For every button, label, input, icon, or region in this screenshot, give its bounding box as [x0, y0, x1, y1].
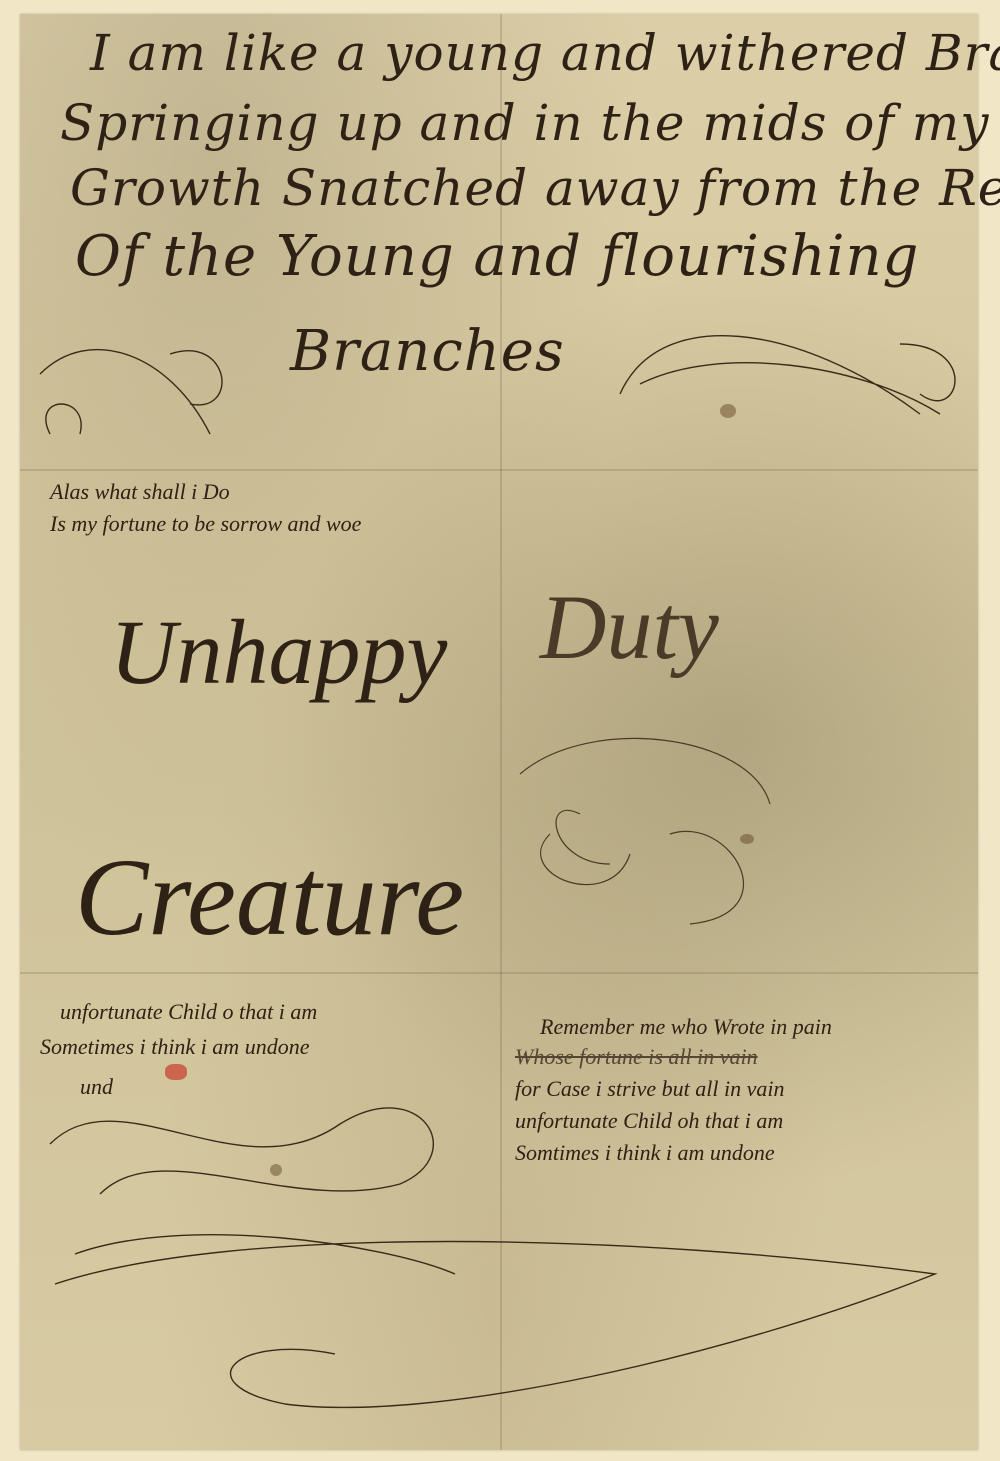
display-word-creature: Creature [75, 834, 464, 961]
heading-line-1: I am like a young and withered Branch [90, 24, 1000, 82]
lower-right-line-1: Remember me who Wrote in pain [540, 1014, 832, 1040]
heading-line-3: Growth Snatched away from the Rest [70, 159, 1000, 217]
verse-line-1: Alas what shall i Do [50, 479, 230, 505]
horizontal-fold-line-upper [20, 469, 978, 471]
lower-right-line-2-struck: Whose fortune is all in vain [515, 1044, 758, 1070]
flourish-upper-left [30, 314, 250, 454]
lower-left-line-1: unfortunate Child o that i am [60, 999, 317, 1025]
heading-line-4: Of the Young and flourishing [75, 224, 919, 289]
lower-right-line-3: for Case i strive but all in vain [515, 1076, 785, 1102]
heading-line-2: Springing up and in the mids of my Tende… [60, 94, 1000, 152]
ink-stain [720, 404, 736, 418]
display-word-unhappy: Unhappy [110, 599, 447, 705]
verse-line-2: Is my fortune to be sorrow and woe [50, 511, 361, 537]
display-word-duty: Duty [540, 574, 719, 680]
lower-left-line-2: Sometimes i think i am undone [40, 1034, 309, 1060]
ink-stain [270, 1164, 282, 1176]
lower-right-line-5: Somtimes i think i am undone [515, 1140, 775, 1166]
document-sheet: I am like a young and withered Branch Sp… [20, 14, 978, 1450]
flourish-bottom [35, 1214, 965, 1444]
heading-line-5: Branches [290, 319, 565, 384]
horizontal-fold-line-lower [20, 972, 978, 974]
flourish-lower-left [40, 1074, 500, 1214]
flourish-middle-right [490, 714, 820, 944]
ink-stain [740, 834, 754, 844]
flourish-upper-right [600, 304, 990, 444]
lower-right-line-4: unfortunate Child oh that i am [515, 1108, 783, 1134]
